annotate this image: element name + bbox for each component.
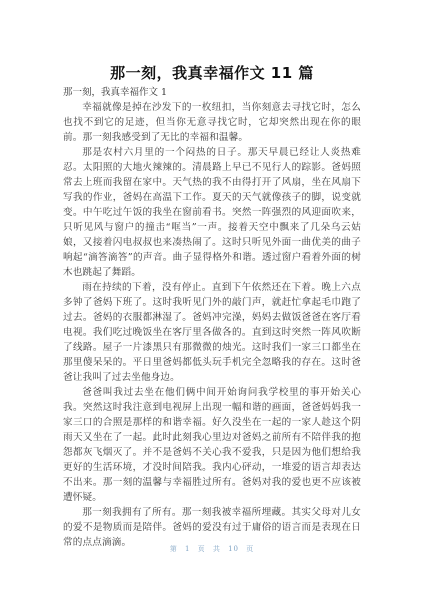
document-page: 那一刻，我真幸福作文 11 篇 那一刻，我真幸福作文 1 幸福就像是掉在沙发下的… (0, 0, 424, 600)
paragraph: 那是农村六月里的一个闷热的日子。那天早晨已经让人炎热难忍。太阳照的大地火辣辣的。… (63, 145, 361, 280)
paragraph: 雨在持续的下着，没有停止。直到下午依然还在下着。晚上六点多钟了爸妈下班了。这时我… (63, 280, 361, 385)
document-body: 那一刻，我真幸福作文 1 幸福就像是掉在沙发下的一枚纽扣，当你刻意去寻找它时，怎… (63, 85, 361, 550)
page-number-indicator: 第 1 页 共 10 页 (0, 544, 424, 554)
document-title: 那一刻，我真幸福作文 11 篇 (0, 64, 424, 82)
section-heading: 那一刻，我真幸福作文 1 (63, 85, 361, 100)
paragraph: 爸爸叫我过去坐在他们俩中间开始询问我学校里的事开始关心我。突然这时我注意到电视屏… (63, 385, 361, 505)
paragraph: 幸福就像是掉在沙发下的一枚纽扣，当你刻意去寻找它时，怎么也找不到它的足迹，但当你… (63, 100, 361, 145)
